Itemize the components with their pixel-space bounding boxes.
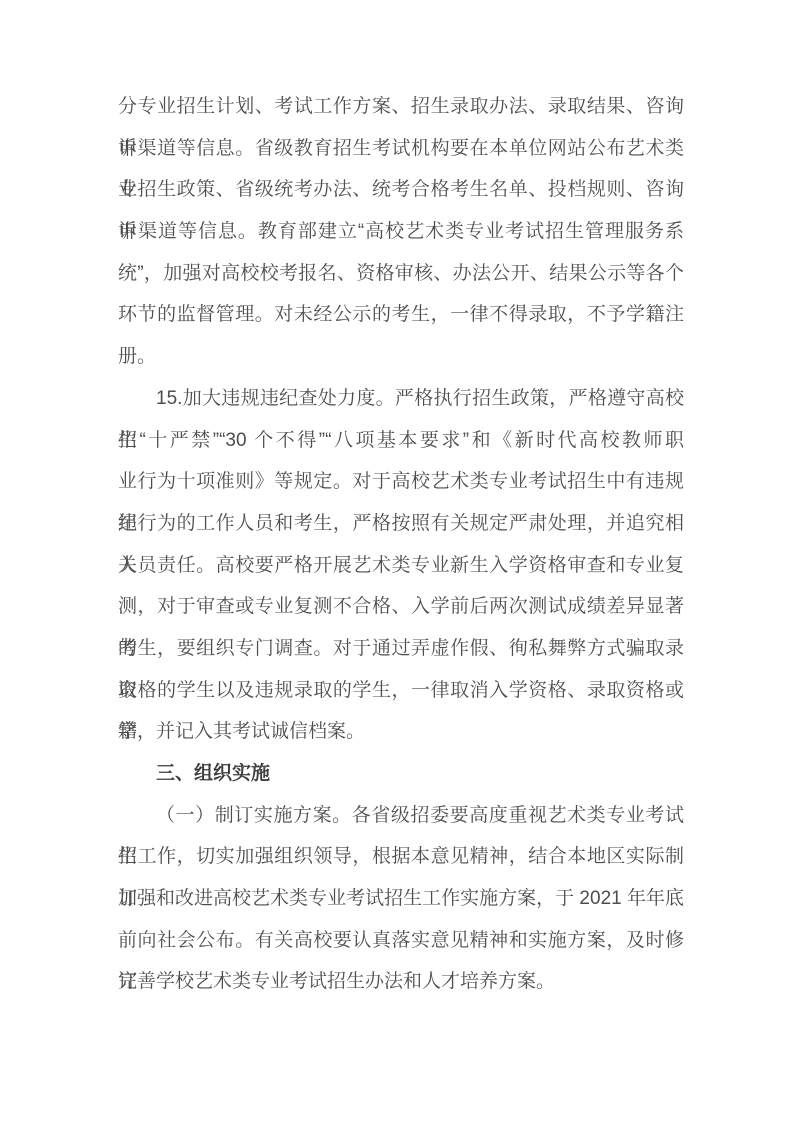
doc-line-item-15: 15.加大违规违纪查处力度。严格执行招生政策，严格遵守高校招 [118,378,684,420]
doc-line: 纪行为的工作人员和考生，严格按照有关规定严肃处理，并追究相关 [118,503,684,545]
doc-line: 业行为十项准则》等规定。对于高校艺术类专业考试招生中有违规违 [118,461,684,503]
doc-line: 加强和改进高校艺术类专业考试招生工作实施方案，于 2021 年年底 [118,878,684,920]
doc-line: 册。 [118,336,684,378]
section-heading-organization: 三、组织实施 [118,753,684,795]
doc-line: 资格的学生以及违规录取的学生，一律取消入学资格、录取资格或学 [118,670,684,712]
doc-line-subsection-1: （一）制订实施方案。各省级招委要高度重视艺术类专业考试招 [118,795,684,837]
doc-line: 生工作，切实加强组织领导，根据本意见精神，结合本地区实际制订 [118,836,684,878]
doc-line: 完善学校艺术类专业考试招生办法和人才培养方案。 [118,961,684,1003]
doc-line: 人员责任。高校要严格开展艺术类专业新生入学资格审查和专业复 [118,545,684,587]
doc-line: 籍，并记入其考试诚信档案。 [118,711,684,753]
doc-line: 诉渠道等信息。教育部建立“高校艺术类专业考试招生管理服务系 [118,211,684,253]
document-body: 分专业招生计划、考试工作方案、招生录取办法、录取结果、咨询申 诉渠道等信息。省级… [118,86,684,1003]
doc-line: 环节的监督管理。对未经公示的考生，一律不得录取，不予学籍注 [118,294,684,336]
doc-line: 诉渠道等信息。省级教育招生考试机构要在本单位网站公布艺术类专 [118,128,684,170]
doc-line: 前向社会公布。有关高校要认真落实意见精神和实施方案，及时修订 [118,920,684,962]
doc-line: 考生，要组织专门调查。对于通过弄虚作假、徇私舞弊方式骗取录取 [118,628,684,670]
doc-line: 测，对于审查或专业复测不合格、入学前后两次测试成绩差异显著的 [118,586,684,628]
doc-line: 业招生政策、省级统考办法、统考合格考生名单、投档规则、咨询申 [118,169,684,211]
doc-line: 统”，加强对高校校考报名、资格审核、办法公开、结果公示等各个 [118,253,684,295]
doc-line: 生“十严禁”“30 个不得”“八项基本要求”和《新时代高校教师职 [118,420,684,462]
doc-line: 分专业招生计划、考试工作方案、招生录取办法、录取结果、咨询申 [118,86,684,128]
document-page: 分专业招生计划、考试工作方案、招生录取办法、录取结果、咨询申 诉渠道等信息。省级… [0,0,793,1122]
